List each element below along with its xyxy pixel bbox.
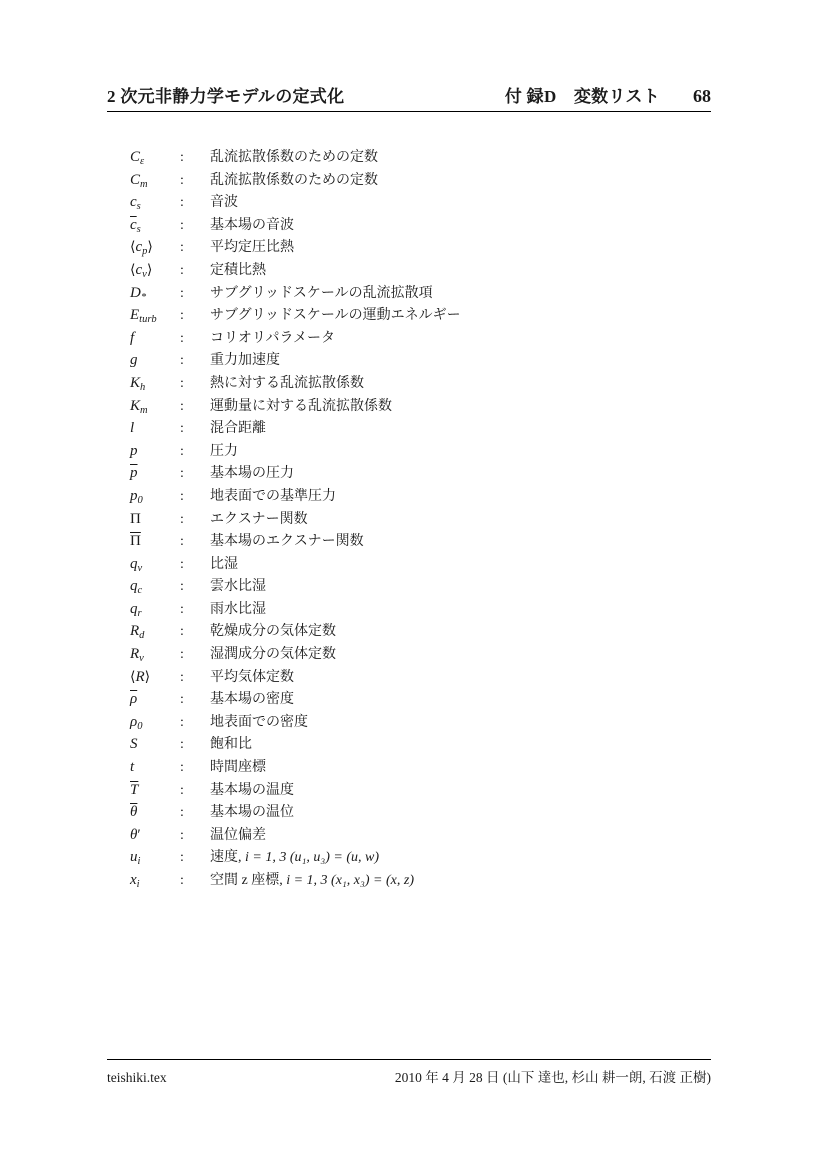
variable-description: 混合距離	[210, 418, 730, 441]
variable-row: Π:エクスナー関数	[130, 508, 730, 531]
variable-symbol: T	[130, 779, 180, 802]
variable-row: p:圧力	[130, 440, 730, 463]
symbol-subscript: m	[140, 405, 148, 416]
variable-symbol: l	[130, 417, 180, 440]
variable-row: ρ:基本場の密度	[130, 688, 730, 711]
variable-row: qv:比湿	[130, 553, 730, 576]
variable-row: Cε:乱流拡散係数のための定数	[130, 146, 730, 169]
variable-row: ρ0:地表面での密度	[130, 711, 730, 734]
page-header: 2 次元非静力学モデルの定式化 付 録D 変数リスト 68	[107, 82, 711, 112]
symbol-base: p	[130, 465, 138, 481]
variable-symbol: θ′	[130, 824, 180, 847]
symbol-subscript: turb	[139, 314, 157, 325]
angle-bracket-close: ⟩	[145, 669, 150, 685]
colon-separator: :	[180, 441, 210, 464]
variable-description: 速度, i = 1, 3 (u₁, u₃) = (u, w)	[210, 847, 730, 870]
variable-symbol: θ	[130, 801, 180, 824]
symbol-base: R	[130, 646, 139, 662]
variable-description: 基本場の温度	[210, 780, 730, 803]
symbol-base: Π	[130, 511, 141, 527]
symbol-base: Π	[130, 533, 141, 549]
colon-separator: :	[180, 847, 210, 870]
colon-separator: :	[180, 734, 210, 757]
symbol-subscript: s	[137, 224, 141, 235]
variable-symbol: S	[130, 733, 180, 756]
variable-description: 時間座標	[210, 757, 730, 780]
colon-separator: :	[180, 170, 210, 193]
symbol-subscript: 0	[137, 721, 142, 732]
symbol-subscript: c	[138, 585, 143, 596]
colon-separator: :	[180, 350, 210, 373]
variable-row: Km:運動量に対する乱流拡散係数	[130, 395, 730, 418]
variable-description: 平均気体定数	[210, 667, 730, 690]
symbol-base: p	[130, 443, 138, 459]
variable-row: p:基本場の圧力	[130, 462, 730, 485]
document-page: 2 次元非静力学モデルの定式化 付 録D 変数リスト 68 Cε:乱流拡散係数の…	[0, 0, 826, 1169]
variable-description: 乾燥成分の気体定数	[210, 621, 730, 644]
variable-row: Kh:熱に対する乱流拡散係数	[130, 372, 730, 395]
variable-symbol: g	[130, 349, 180, 372]
colon-separator: :	[180, 531, 210, 554]
variable-description: 温位偏差	[210, 825, 730, 848]
variable-row: Π:基本場のエクスナー関数	[130, 530, 730, 553]
header-right-group: 付 録D 変数リスト 68	[505, 82, 711, 107]
colon-separator: :	[180, 418, 210, 441]
variable-description: 飽和比	[210, 734, 730, 757]
variable-description: 基本場の音波	[210, 215, 730, 238]
variable-row: xi:空間 z 座標, i = 1, 3 (x₁, x₃) = (x, z)	[130, 869, 730, 892]
variable-description: 重力加速度	[210, 350, 730, 373]
description-math: i = 1, 3 (u₁, u₃) = (u, w)	[245, 850, 379, 865]
page-footer: teishiki.tex 2010 年 4 月 28 日 (山下 達也, 杉山 …	[107, 1059, 711, 1086]
colon-separator: :	[180, 305, 210, 328]
symbol-subscript: 0	[138, 495, 143, 506]
variable-list: Cε:乱流拡散係数のための定数Cm:乱流拡散係数のための定数cs:音波cs:基本…	[130, 146, 730, 892]
chapter-title: 2 次元非静力学モデルの定式化	[107, 82, 344, 107]
symbol-subscript: m	[140, 179, 148, 190]
footer-filename: teishiki.tex	[107, 1070, 167, 1086]
variable-description: 基本場のエクスナー関数	[210, 531, 730, 554]
variable-description: 乱流拡散係数のための定数	[210, 170, 730, 193]
symbol-base: x	[130, 872, 137, 888]
angle-bracket-close: ⟩	[147, 262, 152, 278]
colon-separator: :	[180, 328, 210, 351]
symbol-base: q	[130, 556, 138, 572]
variable-description: 基本場の温位	[210, 802, 730, 825]
variable-row: Rv:湿潤成分の気体定数	[130, 643, 730, 666]
symbol-base: q	[130, 601, 138, 617]
variable-row: qc:雲水比湿	[130, 575, 730, 598]
colon-separator: :	[180, 689, 210, 712]
variable-description: サブグリッドスケールの運動エネルギー	[210, 305, 730, 328]
colon-separator: :	[180, 667, 210, 690]
prime-mark: ′	[137, 827, 140, 843]
variable-symbol: f	[130, 327, 180, 350]
colon-separator: :	[180, 576, 210, 599]
colon-separator: :	[180, 644, 210, 667]
variable-row: t:時間座標	[130, 756, 730, 779]
symbol-base: f	[130, 330, 134, 346]
variable-row: θ′:温位偏差	[130, 824, 730, 847]
colon-separator: :	[180, 712, 210, 735]
symbol-base: p	[130, 488, 138, 504]
variable-row: D*:サブグリッドスケールの乱流拡散項	[130, 282, 730, 305]
variable-symbol: Π	[130, 508, 180, 531]
variable-description: 地表面での基準圧力	[210, 486, 730, 509]
variable-description: 地表面での密度	[210, 712, 730, 735]
variable-row: g:重力加速度	[130, 349, 730, 372]
variable-symbol: t	[130, 756, 180, 779]
variable-description: サブグリッドスケールの乱流拡散項	[210, 283, 730, 306]
symbol-subscript: s	[137, 201, 141, 212]
variable-row: T:基本場の温度	[130, 779, 730, 802]
symbol-base: C	[130, 172, 140, 188]
colon-separator: :	[180, 509, 210, 532]
symbol-base: l	[130, 420, 134, 436]
colon-separator: :	[180, 260, 210, 283]
description-math: i = 1, 3 (x₁, x₃) = (x, z)	[286, 873, 414, 888]
variable-row: cs:音波	[130, 191, 730, 214]
symbol-base: c	[130, 194, 137, 210]
symbol-subscript: d	[139, 630, 144, 641]
symbol-base: K	[130, 375, 140, 391]
colon-separator: :	[180, 802, 210, 825]
variable-description: コリオリパラメータ	[210, 328, 730, 351]
symbol-base: R	[130, 623, 139, 639]
colon-separator: :	[180, 825, 210, 848]
variable-description: 音波	[210, 192, 730, 215]
variable-row: l:混合距離	[130, 417, 730, 440]
symbol-subscript: v	[139, 653, 144, 664]
variable-symbol: xi	[130, 869, 180, 897]
symbol-base: S	[130, 736, 138, 752]
symbol-subscript: h	[140, 382, 145, 393]
colon-separator: :	[180, 192, 210, 215]
variable-description: 定積比熱	[210, 260, 730, 283]
variable-description: 圧力	[210, 441, 730, 464]
symbol-base: K	[130, 398, 140, 414]
variable-row: ⟨cp⟩:平均定圧比熱	[130, 236, 730, 259]
symbol-base: C	[130, 149, 140, 165]
colon-separator: :	[180, 757, 210, 780]
symbol-subscript: i	[137, 879, 140, 890]
symbol-base: g	[130, 352, 138, 368]
symbol-base: t	[130, 759, 134, 775]
symbol-base: c	[130, 217, 137, 233]
colon-separator: :	[180, 870, 210, 893]
colon-separator: :	[180, 147, 210, 170]
variable-description: 湿潤成分の気体定数	[210, 644, 730, 667]
symbol-base: T	[130, 782, 138, 798]
colon-separator: :	[180, 780, 210, 803]
variable-symbol: ⟨R⟩	[130, 666, 180, 689]
symbol-base: θ	[130, 804, 137, 820]
page-number: 68	[693, 86, 711, 107]
colon-separator: :	[180, 283, 210, 306]
variable-row: cs:基本場の音波	[130, 214, 730, 237]
symbol-base: u	[130, 849, 138, 865]
variable-description: 雲水比湿	[210, 576, 730, 599]
variable-symbol: Π	[130, 530, 180, 553]
colon-separator: :	[180, 621, 210, 644]
colon-separator: :	[180, 373, 210, 396]
variable-description: 雨水比湿	[210, 599, 730, 622]
variable-description: 熱に対する乱流拡散係数	[210, 373, 730, 396]
appendix-label: 付 録D 変数リスト	[505, 82, 660, 107]
variable-row: Rd:乾燥成分の気体定数	[130, 620, 730, 643]
variable-row: f:コリオリパラメータ	[130, 327, 730, 350]
variable-symbol: ρ	[130, 688, 180, 711]
variable-row: θ:基本場の温位	[130, 801, 730, 824]
colon-separator: :	[180, 463, 210, 486]
variable-row: ui:速度, i = 1, 3 (u₁, u₃) = (u, w)	[130, 846, 730, 869]
variable-row: Cm:乱流拡散係数のための定数	[130, 169, 730, 192]
colon-separator: :	[180, 215, 210, 238]
symbol-subscript: *	[141, 292, 146, 303]
variable-row: Eturb:サブグリッドスケールの運動エネルギー	[130, 304, 730, 327]
variable-symbol: p	[130, 440, 180, 463]
colon-separator: :	[180, 486, 210, 509]
variable-row: ⟨R⟩:平均気体定数	[130, 666, 730, 689]
variable-row: S:飽和比	[130, 733, 730, 756]
symbol-subscript: v	[138, 563, 143, 574]
variable-row: ⟨cv⟩:定積比熱	[130, 259, 730, 282]
variable-description: エクスナー関数	[210, 509, 730, 532]
variable-symbol: p	[130, 462, 180, 485]
symbol-subscript: r	[138, 608, 142, 619]
footer-date-authors: 2010 年 4 月 28 日 (山下 達也, 杉山 耕一朗, 石渡 正樹)	[395, 1066, 711, 1086]
symbol-base: q	[130, 578, 138, 594]
symbol-subscript: i	[138, 856, 141, 867]
colon-separator: :	[180, 554, 210, 577]
symbol-subscript: ε	[140, 156, 144, 167]
colon-separator: :	[180, 599, 210, 622]
variable-description: 空間 z 座標, i = 1, 3 (x₁, x₃) = (x, z)	[210, 870, 730, 893]
variable-description: 比湿	[210, 554, 730, 577]
variable-description: 乱流拡散係数のための定数	[210, 147, 730, 170]
variable-row: qr:雨水比湿	[130, 598, 730, 621]
variable-description: 運動量に対する乱流拡散係数	[210, 396, 730, 419]
variable-description: 基本場の密度	[210, 689, 730, 712]
symbol-base: E	[130, 307, 139, 323]
colon-separator: :	[180, 237, 210, 260]
variable-row: p0:地表面での基準圧力	[130, 485, 730, 508]
symbol-base: R	[135, 669, 144, 685]
variable-description: 平均定圧比熱	[210, 237, 730, 260]
symbol-base: D	[130, 285, 141, 301]
colon-separator: :	[180, 396, 210, 419]
angle-bracket-close: ⟩	[147, 239, 152, 255]
symbol-base: ρ	[130, 691, 137, 707]
variable-description: 基本場の圧力	[210, 463, 730, 486]
